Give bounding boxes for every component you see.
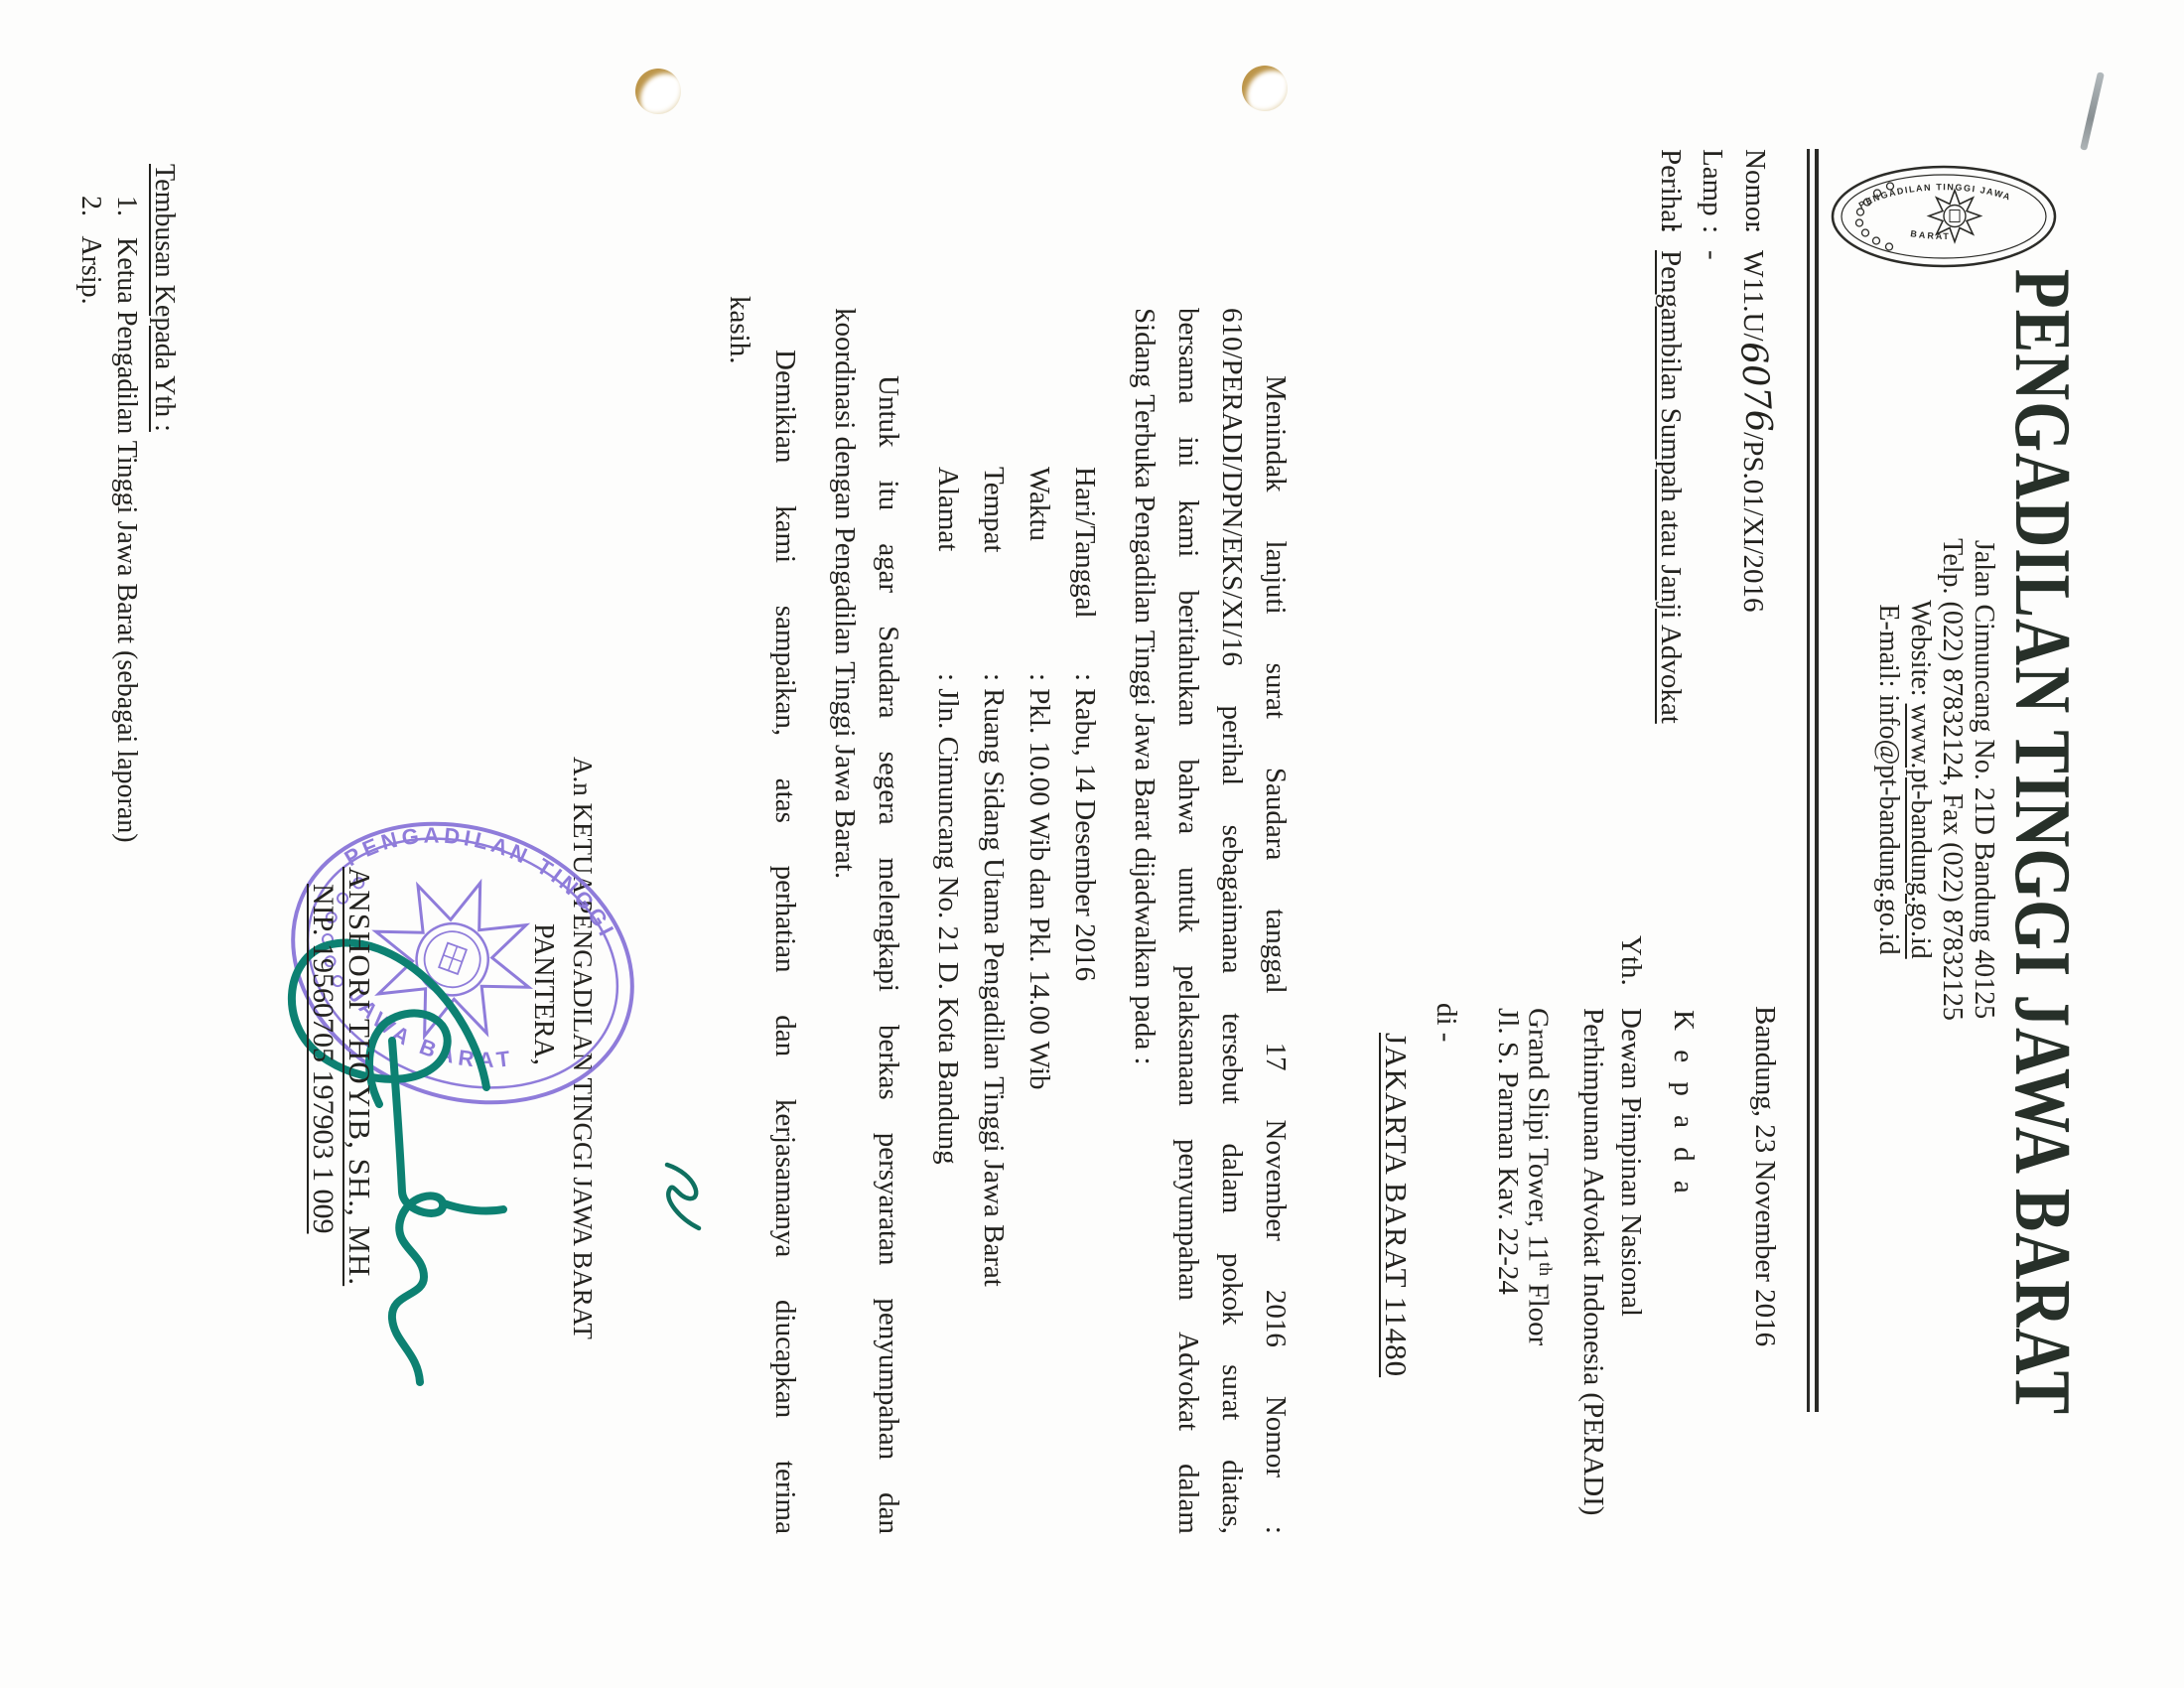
punch-hole bbox=[1242, 66, 1288, 111]
body-p3-line2: kasih. bbox=[723, 296, 756, 363]
body-p2-line1: Untuk itu agar Saudara segera melengkapi… bbox=[872, 375, 905, 1534]
nomor-value: W11.U/6076/PS.01/XI/2016 bbox=[1736, 250, 1772, 612]
perihal-label: Perihal bbox=[1654, 149, 1688, 230]
tembusan-heading: Tembusan Kepada Yth : bbox=[148, 164, 181, 432]
di-label: di - bbox=[1430, 1003, 1463, 1042]
nomor-prefix: W11.U/ bbox=[1737, 250, 1769, 342]
perihal-value: Pengambilan Sumpah atau Janji Advokat bbox=[1654, 250, 1688, 724]
letterhead-address: Jalan Cimuncang No. 21D Bandung 40125 bbox=[1968, 268, 1999, 1291]
email-label: E-mail: bbox=[1873, 604, 1904, 694]
schedule-value-waktu: : Pkl. 10.00 Wib dan Pkl. 14.00 Wib bbox=[1023, 673, 1056, 1090]
schedule-value-tempat: : Ruang Sidang Utama Pengadilan Tinggi J… bbox=[977, 673, 1011, 1287]
recipient-city: JAKARTA BARAT 11480 bbox=[1378, 1033, 1414, 1377]
body-p1-line4: Sidang Terbuka Pengadilan Tinggi Jawa Ba… bbox=[1128, 308, 1161, 1065]
recipient-line-3: Grand Slipi Tower, 11th Floor bbox=[1521, 1008, 1563, 1345]
signatory-nip: NIP. 19560705 197903 1 009 bbox=[306, 884, 340, 1234]
email-address: info@pt-bandung.go.id bbox=[1873, 694, 1904, 954]
body-p1-line1: Menindak lanjuti surat Saudara tanggal 1… bbox=[1259, 375, 1293, 1534]
tembusan-item-1: 1. Ketua Pengadilan Tinggi Jawa Barat (s… bbox=[110, 196, 143, 843]
scanned-letter-canvas: PENGADILAN TINGGI JAWA BARAT PENGADILAN … bbox=[0, 0, 2184, 1688]
court-seal-icon: PENGADILAN TINGGI JAWA BARAT bbox=[1828, 162, 2060, 270]
nomor-handwritten-number: 6076 bbox=[1735, 340, 1775, 433]
lamp-value: - bbox=[1696, 250, 1729, 260]
nomor-label: Nomor bbox=[1738, 149, 1772, 230]
schedule-value-alamat: : Jln. Cimuncang No. 21 D. Kota Bandung bbox=[931, 673, 965, 1165]
body-p2-line2: koordinasi dengan Pengadilan Tinggi Jawa… bbox=[828, 308, 862, 879]
paraf-flourish-icon bbox=[659, 1157, 707, 1236]
schedule-value-hari: : Rabu, 14 Desember 2016 bbox=[1068, 673, 1102, 981]
schedule-label-waktu: Waktu bbox=[1023, 467, 1056, 541]
nomor-sep: : bbox=[1738, 225, 1772, 233]
recipient-line-1: Dewan Pimpinan Nasional bbox=[1614, 1008, 1648, 1317]
body-p3-line1: Demikian kami sampaikan, atas perhatian … bbox=[768, 350, 802, 1534]
letterhead-phone: Telp. (022) 87832124, Fax (022) 87832125 bbox=[1936, 268, 1968, 1291]
letterhead-title: PENGADILAN TINGGI JAWA BARAT bbox=[1996, 269, 2089, 1260]
letter-sheet: PENGADILAN TINGGI JAWA BARAT PENGADILAN … bbox=[0, 0, 2184, 1688]
website-label: Website: bbox=[1905, 600, 1936, 703]
yth-label: Yth. bbox=[1614, 935, 1648, 986]
website-url: www.pt-bandung.go.id bbox=[1905, 704, 1936, 959]
lamp-label: Lamp bbox=[1696, 149, 1729, 216]
signatory-name: ANSHORI THOYIB, SH., MH. bbox=[341, 867, 377, 1286]
schedule-label-tempat: Tempat bbox=[977, 467, 1011, 553]
lamp-sep: : bbox=[1696, 225, 1729, 233]
recipient-line-2: Perhimpunan Advokat Indonesia (PERADI) bbox=[1576, 1008, 1610, 1515]
schedule-label-hari: Hari/Tanggal bbox=[1068, 467, 1102, 619]
body-p1-line3: bersama ini kami beritahukan bahwa untuk… bbox=[1171, 308, 1205, 1534]
schedule-label-alamat: Alamat bbox=[931, 467, 965, 551]
letterhead-website: Website: www.pt-bandung.go.id bbox=[1904, 268, 1936, 1291]
punch-hole bbox=[635, 69, 681, 114]
letterhead-rule-2 bbox=[1807, 149, 1810, 1412]
ordinal-superscript: th bbox=[1536, 1262, 1556, 1276]
seal-star bbox=[1929, 190, 1980, 241]
signature-icon bbox=[253, 894, 541, 1430]
recipient-line-3-text: Grand Slipi Tower, 11 bbox=[1522, 1008, 1554, 1262]
letter-date: Bandung, 23 November 2016 bbox=[1748, 1006, 1782, 1346]
recipient-line-3-tail: Floor bbox=[1522, 1276, 1554, 1345]
perihal-sep: : bbox=[1654, 225, 1688, 233]
tembusan-item-2: 2. Arsip. bbox=[74, 196, 107, 305]
letterhead-rule bbox=[1815, 149, 1819, 1412]
recipient-line-4: Jl. S. Parman Kav. 22-24 bbox=[1491, 1008, 1525, 1295]
letterhead-email: E-mail: info@pt-bandung.go.id bbox=[1872, 268, 1904, 1291]
nomor-suffix: /PS.01/XI/2016 bbox=[1737, 432, 1769, 612]
body-p1-line2: 610/PERADI/DPN/EKS/XI/16 perihal sebagai… bbox=[1215, 308, 1249, 1534]
kepada-heading: K e p a d a bbox=[1667, 1010, 1701, 1199]
